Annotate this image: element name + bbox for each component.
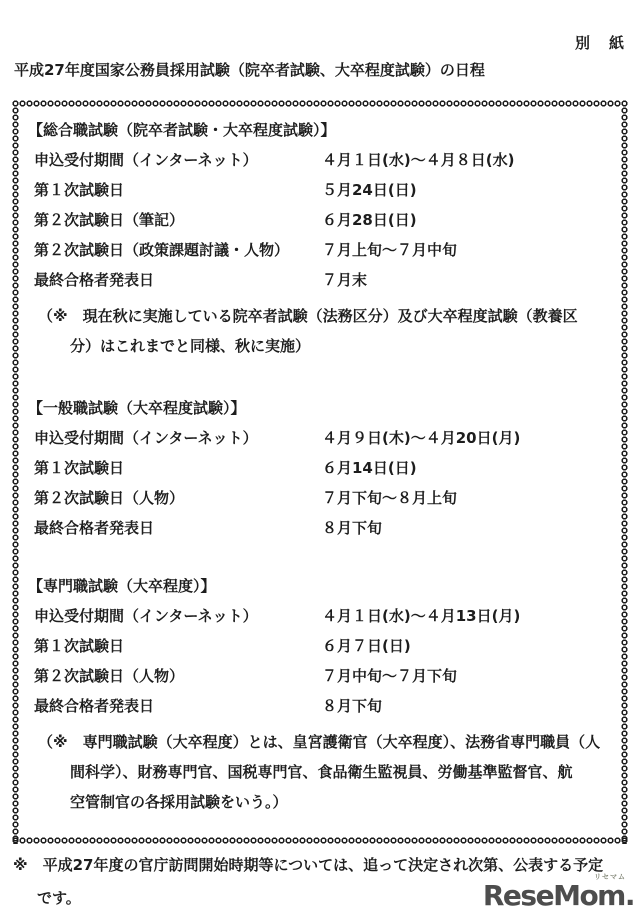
table-row: 第２次試験日（筆記） ６月28日(日) [34, 209, 612, 231]
row-label: 第２次試験日（人物） [34, 487, 322, 509]
table-row: 第１次試験日 ６月14日(日) [34, 457, 612, 479]
page-title: 平成27年度国家公務員採用試験（院卒者試験、大卒程度試験）の日程 [14, 59, 485, 80]
row-label: 第２次試験日（政策課題討議・人物） [34, 239, 322, 261]
table-row: 第２次試験日（人物） ７月中旬～７月下旬 [34, 665, 612, 687]
section-heading: 【専門職試験（大卒程度）】 [28, 575, 612, 597]
row-value: ４月９日(木)～４月20日(月) [322, 427, 612, 449]
row-label: 第２次試験日（人物） [34, 665, 322, 687]
table-row: 第２次試験日（人物） ７月下旬～８月上旬 [34, 487, 612, 509]
note-line: 間科学）、財務専門官、国税専門官、食品衛生監視員、労働基準監督官、航 [70, 757, 612, 787]
row-label: 申込受付期間（インターネット） [34, 149, 322, 171]
note-line: （※ 現在秋に実施している院卒者試験（法務区分）及び大卒程度試験（教養区 [38, 301, 612, 331]
resemom-logo: リセマム ReseMom. [483, 874, 634, 910]
section-note: （※ 現在秋に実施している院卒者試験（法務区分）及び大卒程度試験（教養区 分）は… [34, 301, 612, 361]
section-note: （※ 専門職試験（大卒程度）とは、皇宮護衛官（大卒程度）、法務省専門職員（人 間… [34, 727, 612, 817]
note-line: 空管制官の各採用試験をいう。） [70, 787, 612, 817]
section-senmonshoku: 【専門職試験（大卒程度）】 申込受付期間（インターネット） ４月１日(水)～４月… [34, 575, 612, 817]
row-value: ６月７日(日) [322, 635, 612, 657]
table-row: 最終合格者発表日 ７月末 [34, 269, 612, 291]
row-label: 最終合格者発表日 [34, 269, 322, 291]
row-label: 申込受付期間（インターネット） [34, 605, 322, 627]
document-page: 別 紙 平成27年度国家公務員採用試験（院卒者試験、大卒程度試験）の日程 【総合… [0, 0, 640, 922]
row-value: ４月１日(水)～４月13日(月) [322, 605, 612, 627]
section-heading: 【一般職試験（大卒程度試験）】 [28, 397, 612, 419]
row-value: ７月末 [322, 269, 612, 291]
table-row: 最終合格者発表日 ８月下旬 [34, 517, 612, 539]
note-line: （※ 専門職試験（大卒程度）とは、皇宮護衛官（大卒程度）、法務省専門職員（人 [38, 727, 612, 757]
table-row: 第１次試験日 ５月24日(日) [34, 179, 612, 201]
row-value: ８月下旬 [322, 695, 612, 717]
row-label: 第１次試験日 [34, 635, 322, 657]
table-row: 申込受付期間（インターネット） ４月９日(木)～４月20日(月) [34, 427, 612, 449]
row-value: ７月上旬～７月中旬 [322, 239, 612, 261]
corner-label: 別 紙 [575, 32, 626, 53]
row-label: 第２次試験日（筆記） [34, 209, 322, 231]
row-value: ５月24日(日) [322, 179, 612, 201]
table-row: 最終合格者発表日 ８月下旬 [34, 695, 612, 717]
row-label: 申込受付期間（インターネット） [34, 427, 322, 449]
row-label: 最終合格者発表日 [34, 695, 322, 717]
table-row: 申込受付期間（インターネット） ４月１日(水)～４月８日(水) [34, 149, 612, 171]
row-value: ４月１日(水)～４月８日(水) [322, 149, 612, 171]
row-label: 第１次試験日 [34, 457, 322, 479]
section-ippanshoku: 【一般職試験（大卒程度試験）】 申込受付期間（インターネット） ４月９日(木)～… [34, 397, 612, 539]
row-value: ６月28日(日) [322, 209, 612, 231]
table-row: 第１次試験日 ６月７日(日) [34, 635, 612, 657]
schedule-box: 【総合職試験（院卒者試験・大卒程度試験）】 申込受付期間（インターネット） ４月… [12, 100, 628, 844]
row-value: ７月中旬～７月下旬 [322, 665, 612, 687]
section-heading: 【総合職試験（院卒者試験・大卒程度試験）】 [28, 119, 612, 141]
row-value: ６月14日(日) [322, 457, 612, 479]
resemom-logo-wordmark: ReseMom. [483, 879, 634, 912]
section-sogoshoku: 【総合職試験（院卒者試験・大卒程度試験）】 申込受付期間（インターネット） ４月… [34, 119, 612, 361]
row-value: ８月下旬 [322, 517, 612, 539]
table-row: 第２次試験日（政策課題討議・人物） ７月上旬～７月中旬 [34, 239, 612, 261]
note-line: 分）はこれまでと同様、秋に実施） [70, 331, 612, 361]
row-label: 第１次試験日 [34, 179, 322, 201]
row-value: ７月下旬～８月上旬 [322, 487, 612, 509]
row-label: 最終合格者発表日 [34, 517, 322, 539]
table-row: 申込受付期間（インターネット） ４月１日(水)～４月13日(月) [34, 605, 612, 627]
